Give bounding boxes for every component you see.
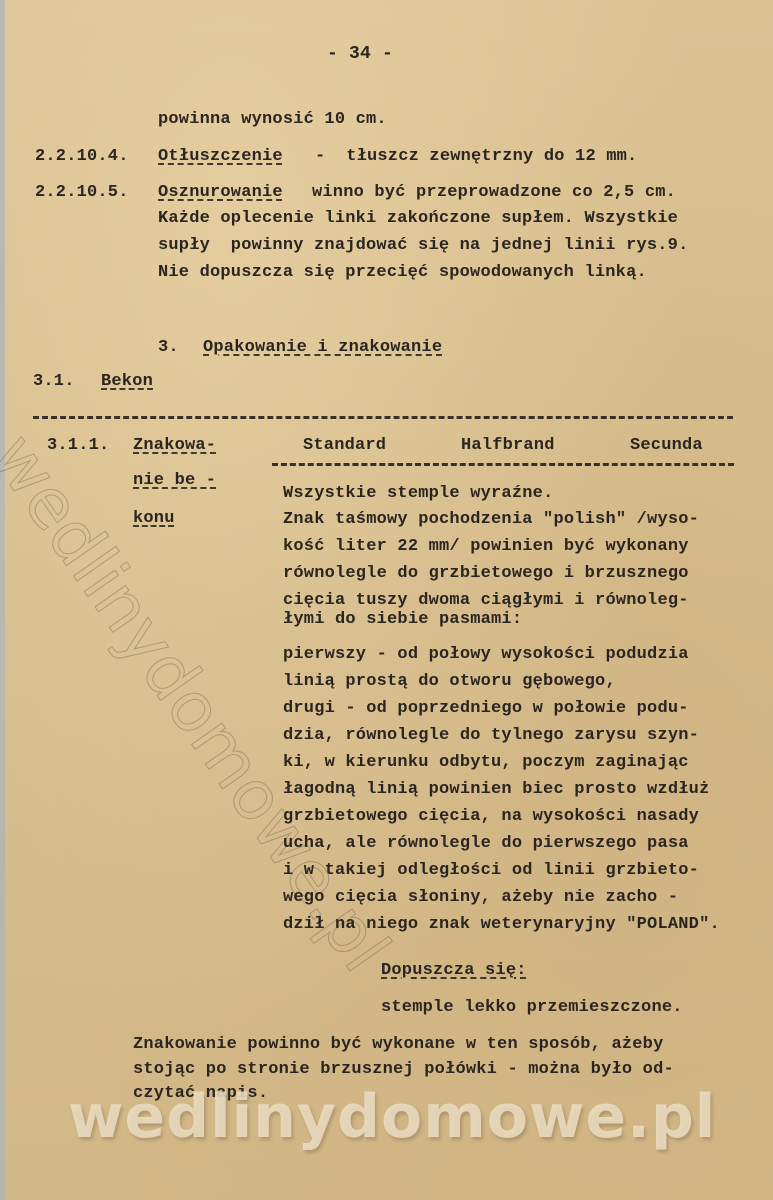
table-body-line: pierwszy - od połowy wysokości podudzia (283, 645, 689, 665)
table-body-line: równolegle do grzbietowego i brzusznego (283, 564, 689, 584)
table-body-line: cięcia tuszy dwoma ciągłymi i równoleg- (283, 591, 689, 611)
scan-edge (0, 0, 5, 1200)
table-body-line: i w takiej odległości od linii grzbieto- (283, 861, 699, 881)
allowed-text: stemple lekko przemieszczone. (381, 998, 683, 1018)
section-title-osznurowanie: Osznurowanie (158, 183, 283, 203)
table-body-line: ucha, ale równolegle do pierwszego pasa (283, 834, 689, 854)
section-number: 2.2.10.4. (35, 147, 129, 167)
table-body-line: łymi do siebie pasmami: (283, 610, 522, 630)
allowed-heading: Dopuszcza się: (381, 961, 527, 981)
section-text: supły powinny znajdować się na jednej li… (158, 236, 689, 256)
table-body-line: kość liter 22 mm/ powinien być wykonany (283, 537, 689, 557)
table-body-line: łagodną linią powinien biec prosto wzdłu… (283, 780, 709, 800)
section-title-otluszczenie: Otłuszczenie (158, 147, 283, 167)
table-body-line: dził na niego znak weterynaryjny "POLAND… (283, 915, 720, 935)
section-text: Każde oplecenie linki zakończone supłem.… (158, 209, 678, 229)
table-row-label: konu (133, 509, 175, 529)
section-text: Nie dopuszcza się przecięć spowodowanych… (158, 263, 647, 283)
bottom-watermark: wedlinydomowe.pl (68, 1082, 708, 1152)
subchapter-title: Bekon (101, 372, 153, 392)
column-header-standard: Standard (303, 436, 386, 456)
table-body-line: linią prostą do otworu gębowego, (283, 672, 616, 692)
table-body-line: Znak taśmowy pochodzenia "polish" /wyso- (283, 510, 699, 530)
closing-line: stojąc po stronie brzusznej połówki - mo… (133, 1060, 674, 1080)
section-text: - tłuszcz zewnętrzny do 12 mm. (315, 147, 637, 167)
table-body-line: dzia, równolegle do tylnego zarysu szyn- (283, 726, 699, 746)
continuation-text: powinna wynosić 10 cm. (158, 110, 387, 130)
chapter-number: 3. (158, 338, 179, 358)
table-body-line: drugi - od poprzedniego w połowie podu- (283, 699, 689, 719)
table-row-label: nie be - (133, 471, 216, 491)
table-row-number: 3.1.1. (47, 436, 109, 456)
closing-line: Znakowanie powinno być wykonane w ten sp… (133, 1035, 664, 1055)
page-number: - 34 - (327, 44, 393, 64)
table-body-line: wego cięcia słoniny, ażeby nie zacho - (283, 888, 678, 908)
section-text: winno być przeprowadzone co 2,5 cm. (312, 183, 676, 203)
column-header-halfbrand: Halfbrand (461, 436, 555, 456)
chapter-title: Opakowanie i znakowanie (203, 338, 442, 358)
subchapter-number: 3.1. (33, 372, 75, 392)
table-header-rule (272, 463, 734, 466)
column-header-secunda: Secunda (630, 436, 703, 456)
table-top-rule (33, 416, 733, 419)
table-body-line: Wszystkie stemple wyraźne. (283, 484, 553, 504)
section-number: 2.2.10.5. (35, 183, 129, 203)
table-row-label: Znakowa- (133, 436, 216, 456)
table-body-line: ki, w kierunku odbytu, poczym zaginając (283, 753, 689, 773)
table-body-line: grzbietowego cięcia, na wysokości nasady (283, 807, 699, 827)
